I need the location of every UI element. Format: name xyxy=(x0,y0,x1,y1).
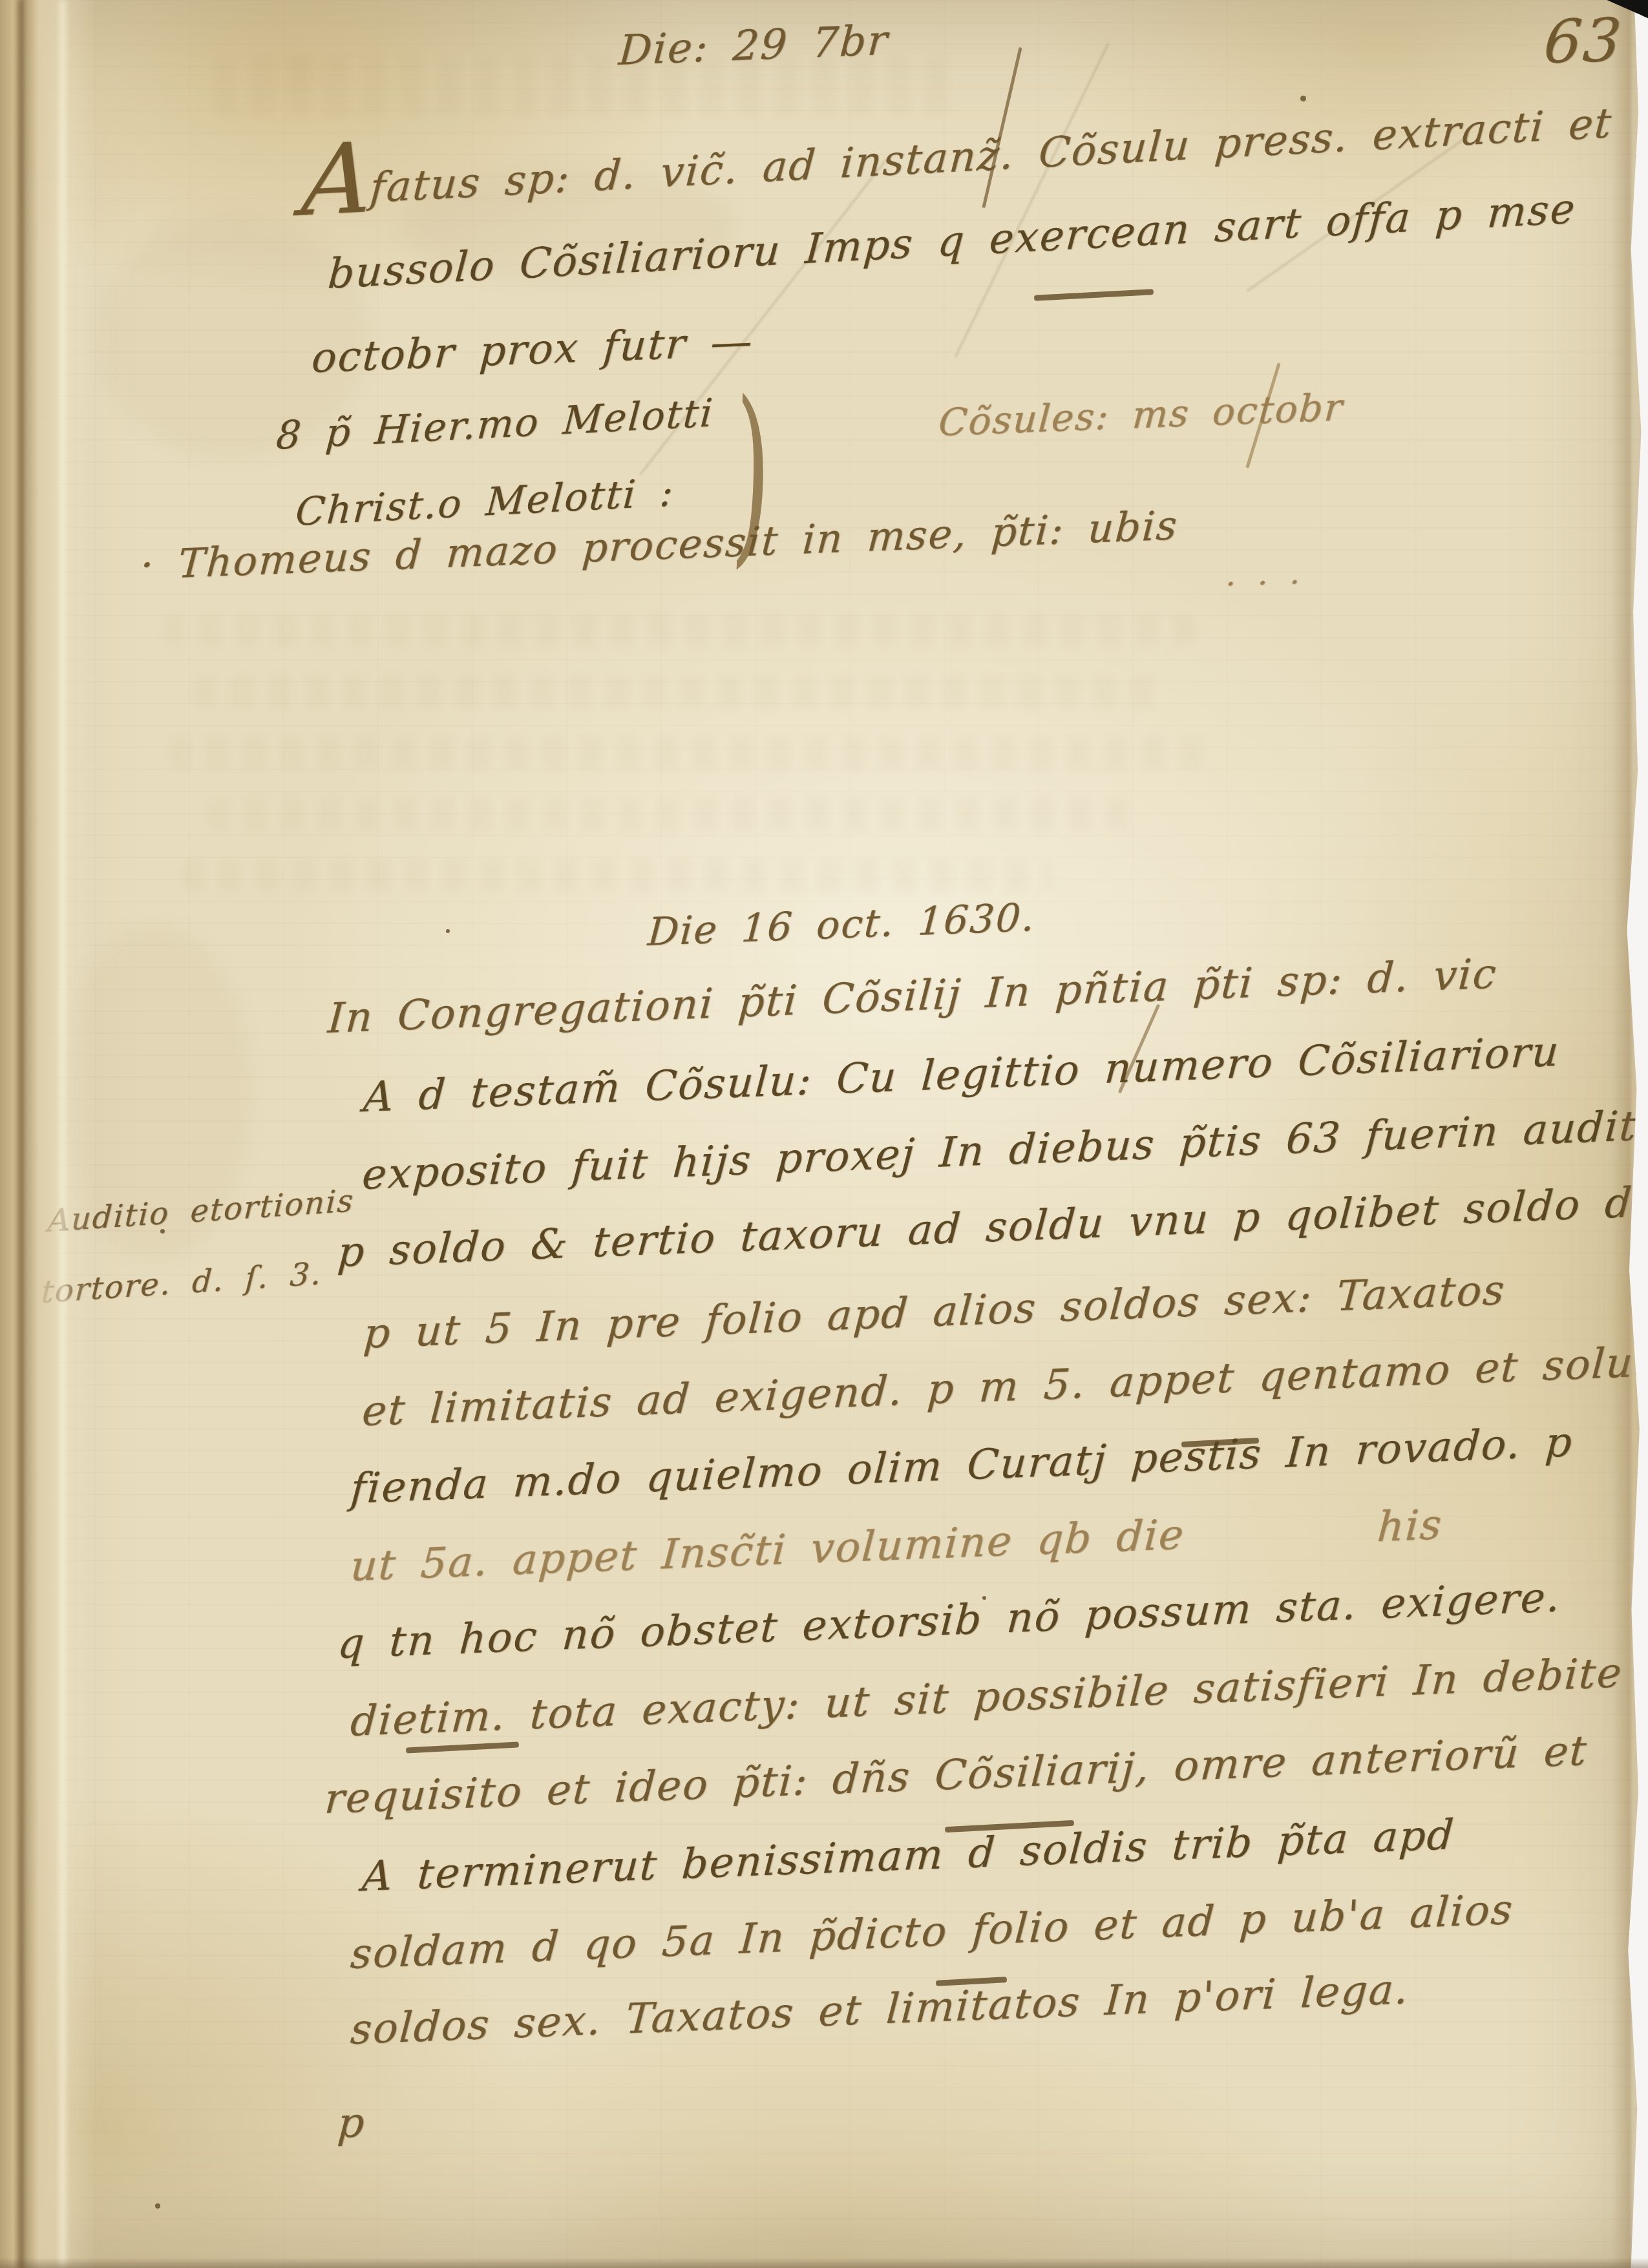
text-line: exposito fuit hijs proxej In diebus p̃ti… xyxy=(361,1101,1648,1199)
pen-flourish xyxy=(982,47,1022,209)
show-through-band xyxy=(181,859,1053,892)
bottom-edge-shadow xyxy=(0,2258,1648,2268)
show-through-band xyxy=(162,614,1196,647)
ink-speck xyxy=(446,929,450,933)
gutter-crease xyxy=(18,0,24,2268)
scanned-manuscript: { "document": { "kind": "handwritten man… xyxy=(0,0,1648,2268)
ink-speck xyxy=(1300,96,1306,101)
trailing-dots: . . . xyxy=(1225,555,1303,593)
text-line: p ut 5 In pre folio apd alios soldos sex… xyxy=(362,1266,1507,1358)
text-line: dietim. tota exacty: ut sit possibile sa… xyxy=(349,1649,1624,1746)
show-through-band xyxy=(168,737,1215,770)
text-line: ut 5a. appet Insc̃ti volumine qb die his xyxy=(349,1501,1444,1591)
text-line: soldos sex. Taxatos et limitatos In p'or… xyxy=(349,1966,1411,2054)
consuls-label: Cõsules: ms octobr xyxy=(937,385,1345,445)
text-line: soldam d qo 5a In p̃dicto folio et ad p … xyxy=(349,1886,1515,1979)
strikethrough-mark xyxy=(1034,289,1154,301)
text-line: fienda m.do quielmo olim Curatj pestis I… xyxy=(349,1418,1574,1513)
entry-date-line: Die 16 oct. 1630. xyxy=(646,895,1037,955)
paper-crease xyxy=(955,43,1109,358)
text-line: In Congregationi p̃ti Cõsilij In pñtia p… xyxy=(326,950,1499,1043)
binding-gutter xyxy=(0,0,97,2268)
ink-speck xyxy=(155,2203,160,2209)
manuscript-page: 63 Die: 29 7br A fatus sp: d. vic̃. ad i… xyxy=(0,0,1648,2268)
text-line: A d testam̃ Cõsulu: Cu legittio numero C… xyxy=(362,1028,1561,1122)
text-line: p xyxy=(336,2099,367,2148)
ink-speck xyxy=(160,1229,165,1234)
ink-speck xyxy=(982,1596,986,1600)
torn-edge-shadow xyxy=(1612,0,1631,2268)
strikethrough-mark xyxy=(406,1741,519,1753)
text-line: A terminerut benissimam d soldis trib p̃… xyxy=(361,1811,1456,1901)
text-line: q tn hoc nõ obstet extorsib nõ possum st… xyxy=(336,1573,1563,1668)
gutter-ridge xyxy=(59,0,66,2268)
text-line: octobr prox futr — xyxy=(310,318,755,383)
show-through-band xyxy=(194,675,1163,709)
show-through-band xyxy=(207,798,1144,832)
initial-letter: A xyxy=(299,121,377,238)
